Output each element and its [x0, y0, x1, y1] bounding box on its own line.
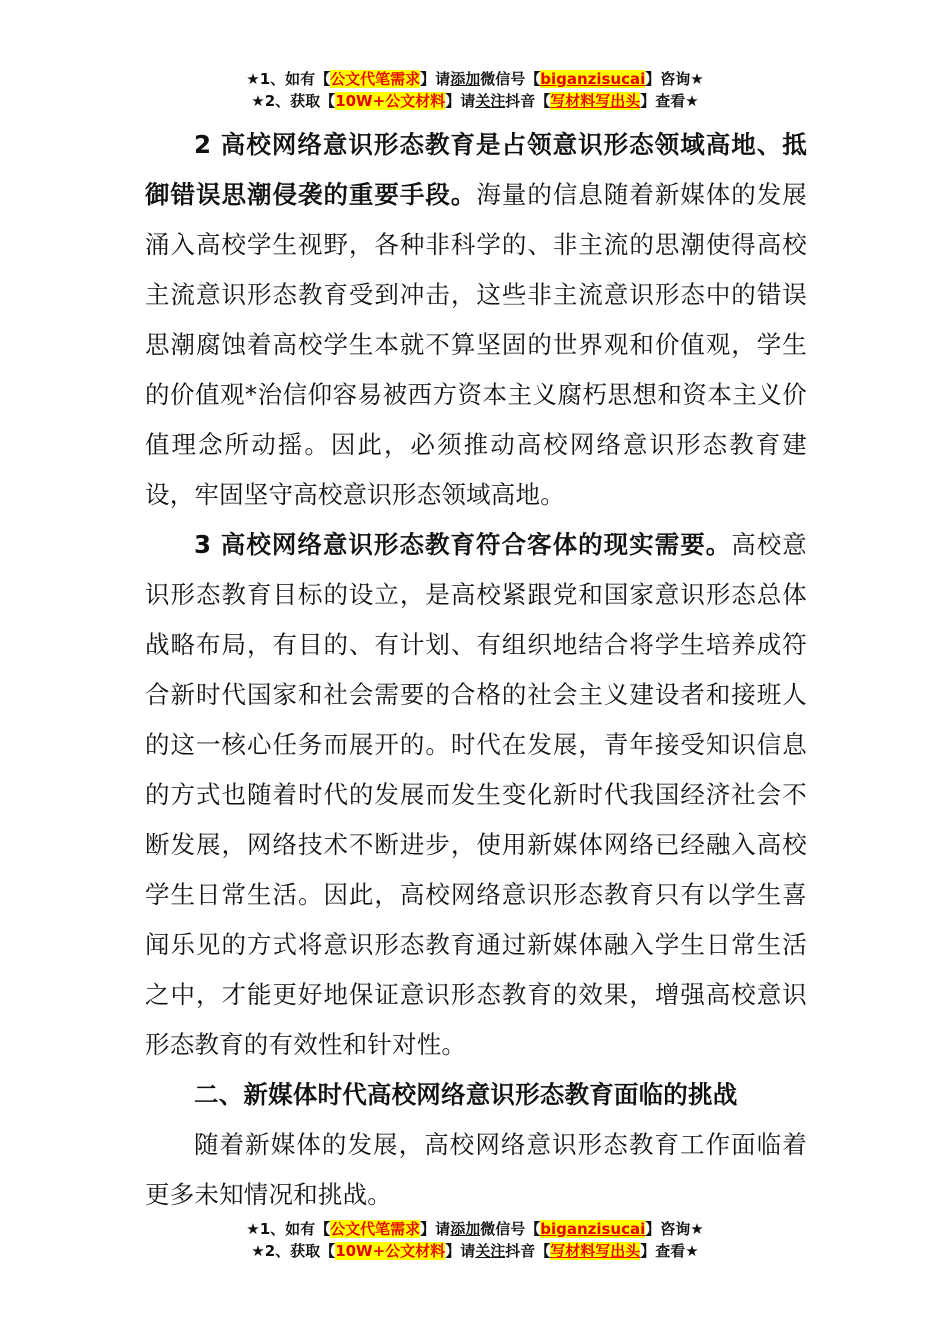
promo-text: 】查看★	[640, 1242, 698, 1260]
promo-text: 1、如有【	[260, 70, 330, 88]
star-icon: ★	[246, 1220, 259, 1238]
star-icon: ★	[246, 70, 259, 88]
promo-text: 2、获取【	[265, 92, 335, 110]
paragraph-text: 海量的信息随着新媒体的发展涌入高校学生视野，各种非科学的、非主流的思潮使得高校主…	[145, 180, 807, 509]
promo-text: 】咨询★	[645, 1220, 703, 1238]
promo-banner-top: ★1、如有【公文代笔需求】请添加微信号【biganzisucai】咨询★ ★2、…	[0, 68, 950, 112]
promo-banner-bottom: ★1、如有【公文代笔需求】请添加微信号【biganzisucai】咨询★ ★2、…	[0, 1218, 950, 1262]
promo-text: 】请	[445, 1242, 475, 1260]
underlined-add: 添加	[450, 70, 480, 88]
wechat-id[interactable]: biganzisucai	[540, 1220, 645, 1238]
promo-text: 2、获取【	[265, 1242, 335, 1260]
highlight-materials: 10W+公文材料	[335, 1242, 445, 1260]
promo-text: 微信号【	[480, 70, 540, 88]
promo-text: 】请	[420, 70, 450, 88]
promo-text: 抖音【	[505, 92, 550, 110]
promo-text: 】请	[445, 92, 475, 110]
star-icon: ★	[251, 92, 264, 110]
wechat-id[interactable]: biganzisucai	[540, 70, 645, 88]
star-icon: ★	[251, 1242, 264, 1260]
paragraph-3: 3 高校网络意识形态教育符合客体的现实需要。高校意识形态教育目标的设立，是高校紧…	[145, 520, 807, 1070]
promo-line-2: ★2、获取【10W+公文材料】请关注抖音【写材料写出头】查看★	[0, 1240, 950, 1262]
promo-line-1: ★1、如有【公文代笔需求】请添加微信号【biganzisucai】咨询★	[0, 1218, 950, 1240]
promo-text: 1、如有【	[260, 1220, 330, 1238]
underlined-follow: 关注	[475, 1242, 505, 1260]
underlined-follow: 关注	[475, 92, 505, 110]
paragraph-text: 高校意识形态教育目标的设立，是高校紧跟党和国家意识形态总体战略布局，有目的、有计…	[145, 530, 807, 1059]
document-body: 2 高校网络意识形态教育是占领意识形态领域高地、抵御错误思潮侵袭的重要手段。海量…	[145, 120, 807, 1220]
underlined-add: 添加	[450, 1220, 480, 1238]
promo-text: 】咨询★	[645, 70, 703, 88]
highlight-ghostwriting: 公文代笔需求	[330, 70, 420, 88]
highlight-materials: 10W+公文材料	[335, 92, 445, 110]
promo-line-2: ★2、获取【10W+公文材料】请关注抖音【写材料写出头】查看★	[0, 90, 950, 112]
promo-text: 微信号【	[480, 1220, 540, 1238]
paragraph-intro: 随着新媒体的发展，高校网络意识形态教育工作面临着更多未知情况和挑战。	[145, 1120, 807, 1220]
douyin-account[interactable]: 写材料写出头	[550, 92, 640, 110]
promo-text: 】请	[420, 1220, 450, 1238]
promo-text: 】查看★	[640, 92, 698, 110]
section-heading: 二、新媒体时代高校网络意识形态教育面临的挑战	[145, 1070, 807, 1120]
douyin-account[interactable]: 写材料写出头	[550, 1242, 640, 1260]
promo-line-1: ★1、如有【公文代笔需求】请添加微信号【biganzisucai】咨询★	[0, 68, 950, 90]
paragraph-lead: 3 高校网络意识形态教育符合客体的现实需要。	[194, 530, 731, 559]
promo-text: 抖音【	[505, 1242, 550, 1260]
highlight-ghostwriting: 公文代笔需求	[330, 1220, 420, 1238]
paragraph-2: 2 高校网络意识形态教育是占领意识形态领域高地、抵御错误思潮侵袭的重要手段。海量…	[145, 120, 807, 520]
